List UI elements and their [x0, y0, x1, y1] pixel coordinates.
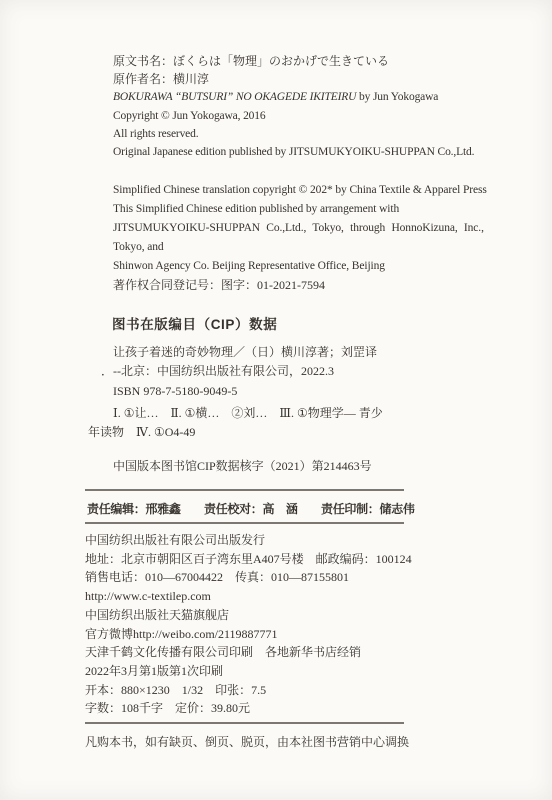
publisher-info-block: 中国纺织出版社有限公司出版发行 地址：北京市朝阳区百子湾东里A407号楼 邮政编… [85, 531, 412, 718]
translation-shinwon-line: Shinwon Agency Co. Beijing Representativ… [113, 257, 487, 276]
original-book-title-line: 原文书名：ぼくらは「物理」のおかげで生きている [113, 52, 474, 70]
cip-classification-block: Ⅰ. ①让… Ⅱ. ①横… ②刘… Ⅲ. ①物理学— 青少 年读物 Ⅳ. ①O4… [85, 404, 383, 442]
publisher-tmall-line: 中国纺织出版社天猫旗舰店 [85, 606, 412, 625]
romaji-title-line: BOKURAWA “BUTSURI” NO OKAGEDE IKITEIRU b… [113, 88, 474, 106]
cip-class-line-1: Ⅰ. ①让… Ⅱ. ①横… ②刘… Ⅲ. ①物理学— 青少 [85, 404, 383, 423]
edition-printing-line: 2022年3月第1版第1次印刷 [85, 662, 412, 681]
copyright-registration-line: 著作权合同登记号：图字：01-2021-7594 [113, 276, 487, 295]
publisher-website-line: http://www.c-textilep.com [85, 587, 412, 606]
rights-reserved-line: All rights reserved. [113, 125, 474, 143]
divider-rule-middle [85, 522, 404, 524]
book-copyright-page: 原文书名：ぼくらは「物理」のおかげで生きている 原作者名：横川淳 BOKURAW… [0, 0, 552, 800]
romaji-title-italic: BOKURAWA “BUTSURI” NO OKAGEDE IKITEIRU [113, 91, 356, 103]
original-author-line: 原作者名：横川淳 [113, 70, 474, 88]
replacement-notice-line: 凡购本书，如有缺页、倒页、脱页，由本社图书营销中心调换 [85, 733, 409, 750]
publisher-weibo-line: 官方微博http://weibo.com/2119887771 [85, 625, 412, 644]
translation-rights-block: Simplified Chinese translation copyright… [113, 181, 487, 295]
romaji-title-byline: by Jun Yokogawa [356, 91, 438, 103]
wordcount-price-line: 字数：108千字 定价：39.80元 [85, 699, 412, 718]
cip-isbn-line: ISBN 978-7-5180-9049-5 [85, 382, 377, 401]
translation-agency-line: JITSUMUKYOIKU-SHUPPAN Co.,Ltd., Tokyo, t… [113, 219, 487, 238]
original-edition-block: 原文书名：ぼくらは「物理」のおかげで生きている 原作者名：横川淳 BOKURAW… [113, 52, 474, 161]
publisher-phone-line: 销售电话：010—67004422 传真：010—87155801 [85, 568, 412, 587]
publisher-name-line: 中国纺织出版社有限公司出版发行 [85, 531, 412, 550]
divider-rule-top [85, 489, 404, 491]
translation-tokyo-line: Tokyo, and [113, 238, 487, 257]
printer-distributor-line: 天津千鹤文化传播有限公司印刷 各地新华书店经销 [85, 643, 412, 662]
translation-arrangement-line: This Simplified Chinese edition publishe… [113, 200, 487, 219]
cip-registry-line: 中国版本图书馆CIP数据核字（2021）第214463号 [113, 457, 372, 474]
format-sheets-line: 开本：880×1230 1/32 印张：7.5 [85, 681, 412, 700]
publisher-address-line: 地址：北京市朝阳区百子湾东里A407号楼 邮政编码：100124 [85, 550, 412, 569]
translation-copyright-line: Simplified Chinese translation copyright… [113, 181, 487, 200]
cip-title-line: 让孩子着迷的奇妙物理／（日）横川淳著；刘罡译 [85, 343, 377, 362]
original-publisher-line: Original Japanese edition published by J… [113, 143, 474, 161]
cip-body-block: 让孩子着迷的奇妙物理／（日）横川淳著；刘罡译 ．--北京：中国纺织出版社有限公司… [85, 343, 377, 401]
cip-place-line: ．--北京：中国纺织出版社有限公司，2022.3 [85, 362, 377, 381]
copyright-line: Copyright © Jun Yokogawa, 2016 [113, 107, 474, 125]
cip-heading: 图书在版编目（CIP）数据 [112, 313, 277, 333]
cip-class-line-2: 年读物 Ⅳ. ①O4-49 [85, 423, 383, 442]
divider-rule-bottom [85, 722, 404, 724]
staff-credits-line: 责任编辑：邢雅鑫 责任校对：高 涵 责任印制：储志伟 [87, 500, 415, 517]
